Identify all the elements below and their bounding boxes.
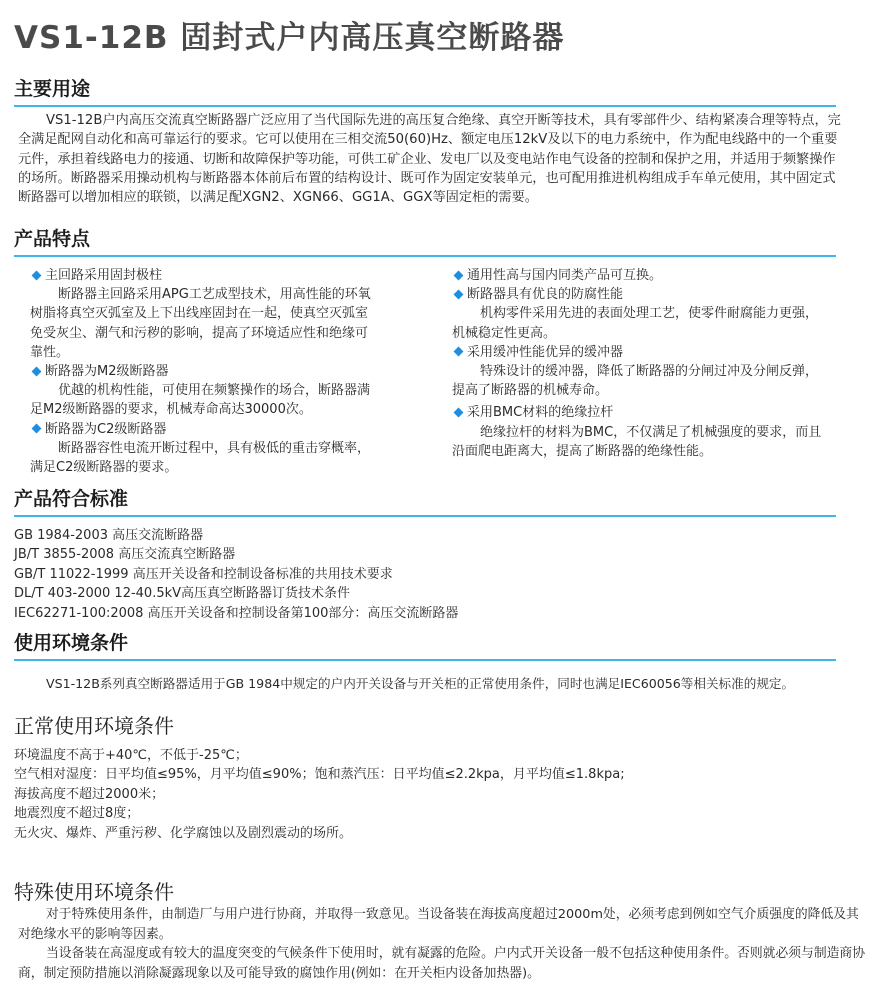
standard-item: GB 1984-2003 高压交流断路器 — [14, 526, 458, 545]
condition-item: 海拔高度不超过2000米； — [14, 785, 625, 804]
feature-item: 断路器为M2级断路器 优越的机构性能，可使用在频繁操作的场合，断路器满足M2级断… — [30, 362, 375, 420]
diamond-bullet-icon — [32, 366, 42, 376]
feature-body: 断路器主回路采用APG工艺成型技术，用高性能的环氧树脂将真空灭弧室及上下出线座固… — [30, 285, 375, 362]
feature-item: 断路器为C2级断路器 断路器容性电流开断过程中，具有极低的重击穿概率，满足C2级… — [30, 420, 375, 478]
section-heading-environment: 使用环境条件 — [14, 628, 836, 661]
environment-text: VS1-12B系列真空断路器适用于GB 1984中规定的户内开关设备与开关柜的正… — [18, 674, 880, 693]
standard-item: GB/T 11022-1999 高压开关设备和控制设备标准的共用技术要求 — [14, 565, 458, 584]
condition-item: 无火灾、爆炸、严重污秽、化学腐蚀以及剧烈震动的场所。 — [14, 824, 625, 843]
feature-body: 特殊设计的缓冲器，降低了断路器的分闸过冲及分闸反弹，提高了断路器的机械寿命。 — [452, 362, 824, 400]
environment-paragraph: VS1-12B系列真空断路器适用于GB 1984中规定的户内开关设备与开关柜的正… — [18, 674, 880, 693]
usage-text: VS1-12B户内高压交流真空断路器广泛应用了当代国际先进的高压复合绝缘、真空开… — [18, 111, 848, 207]
feature-item: 主回路采用固封极柱 断路器主回路采用APG工艺成型技术，用高性能的环氧树脂将真空… — [30, 266, 375, 362]
features-right-column: 通用性高与国内同类产品可互换。 断路器具有优良的防腐性能 机构零件采用先进的表面… — [452, 266, 824, 461]
condition-item: 地震烈度不超过8度； — [14, 804, 625, 823]
section-heading-standards: 产品符合标准 — [14, 484, 836, 517]
standards-list: GB 1984-2003 高压交流断路器 JB/T 3855-2008 高压交流… — [14, 526, 458, 623]
feature-title: 通用性高与国内同类产品可互换。 — [467, 268, 662, 283]
special-paragraph: 对于特殊使用条件，由制造厂与用户进行协商，并取得一致意见。当设备装在海拔高度超过… — [18, 905, 866, 944]
feature-item: 采用BMC材料的绝缘拉杆 绝缘拉杆的材料为BMC，不仅满足了机械强度的要求，而且… — [452, 403, 824, 461]
feature-title: 采用BMC材料的绝缘拉杆 — [467, 405, 613, 420]
standard-item: DL/T 403-2000 12-40.5kV高压真空断路器订货技术条件 — [14, 584, 458, 603]
diamond-bullet-icon — [454, 270, 464, 280]
standard-item: IEC62271-100:2008 高压开关设备和控制设备第100部分：高压交流… — [14, 604, 458, 623]
subheading-special-conditions: 特殊使用环境条件 — [14, 876, 174, 905]
feature-item: 采用缓冲性能优异的缓冲器 特殊设计的缓冲器，降低了断路器的分闸过冲及分闸反弹，提… — [452, 343, 824, 401]
feature-title: 断路器为M2级断路器 — [45, 364, 169, 379]
feature-body: 优越的机构性能，可使用在频繁操作的场合，断路器满足M2级断路器的要求，机械寿命高… — [30, 381, 375, 419]
diamond-bullet-icon — [454, 407, 464, 417]
diamond-bullet-icon — [454, 347, 464, 357]
standard-item: JB/T 3855-2008 高压交流真空断路器 — [14, 545, 458, 564]
diamond-bullet-icon — [454, 289, 464, 299]
condition-item: 空气相对湿度：日平均值≤95%，月平均值≤90%；饱和蒸汽压：日平均值≤2.2k… — [14, 765, 625, 784]
feature-title: 断路器为C2级断路器 — [45, 422, 166, 437]
feature-title: 采用缓冲性能优异的缓冲器 — [467, 345, 623, 360]
usage-paragraph: VS1-12B户内高压交流真空断路器广泛应用了当代国际先进的高压复合绝缘、真空开… — [18, 111, 848, 207]
diamond-bullet-icon — [32, 424, 42, 434]
feature-item: 断路器具有优良的防腐性能 机构零件采用先进的表面处理工艺，使零件耐腐能力更强，机… — [452, 285, 824, 343]
subheading-normal-conditions: 正常使用环境条件 — [14, 710, 174, 739]
diamond-bullet-icon — [32, 270, 42, 280]
section-heading-features: 产品特点 — [14, 224, 836, 257]
normal-conditions-list: 环境温度不高于+40℃，不低于-25℃； 空气相对湿度：日平均值≤95%，月平均… — [14, 746, 625, 843]
feature-body: 机构零件采用先进的表面处理工艺，使零件耐腐能力更强，机械稳定性更高。 — [452, 304, 824, 342]
feature-title: 主回路采用固封极柱 — [45, 268, 162, 283]
feature-body: 绝缘拉杆的材料为BMC，不仅满足了机械强度的要求，而且沿面爬电距离大，提高了断路… — [452, 423, 824, 461]
feature-item: 通用性高与国内同类产品可互换。 — [452, 266, 824, 285]
special-conditions-paragraphs: 对于特殊使用条件，由制造厂与用户进行协商，并取得一致意见。当设备装在海拔高度超过… — [18, 905, 866, 983]
special-paragraph: 当设备装在高湿度或有较大的温度突变的气候条件下使用时，就有凝露的危险。户内式开关… — [18, 944, 866, 983]
page-title: VS1-12B 固封式户内高压真空断路器 — [14, 12, 564, 57]
condition-item: 环境温度不高于+40℃，不低于-25℃； — [14, 746, 625, 765]
features-left-column: 主回路采用固封极柱 断路器主回路采用APG工艺成型技术，用高性能的环氧树脂将真空… — [30, 266, 375, 477]
section-heading-usage: 主要用途 — [14, 74, 836, 107]
feature-title: 断路器具有优良的防腐性能 — [467, 287, 623, 302]
feature-body: 断路器容性电流开断过程中，具有极低的重击穿概率，满足C2级断路器的要求。 — [30, 439, 375, 477]
